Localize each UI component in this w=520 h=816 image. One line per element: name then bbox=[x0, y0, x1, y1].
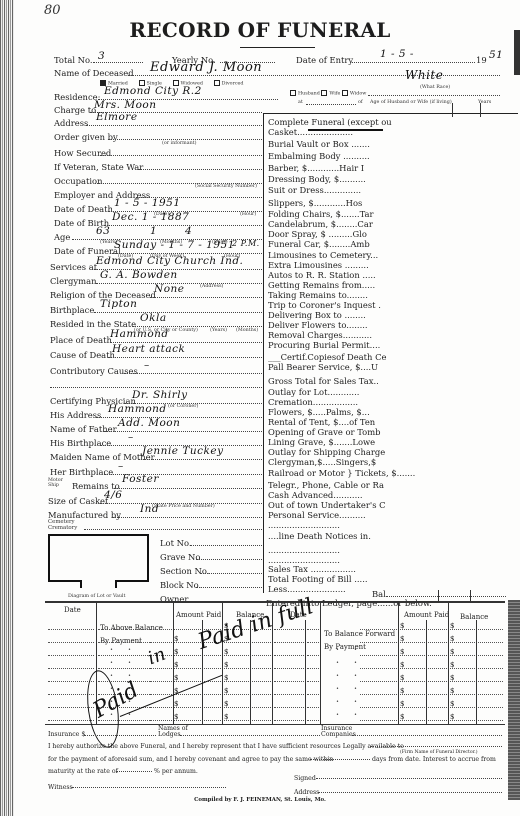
witness-field[interactable] bbox=[72, 782, 226, 788]
checkbox-wife[interactable] bbox=[321, 90, 327, 96]
remains-prefix: Motor Ship bbox=[48, 478, 63, 488]
residence-value: Edmond City R.2 bbox=[104, 85, 202, 97]
dollar-sign: $ bbox=[450, 674, 454, 682]
place-of-death-value: Hammond bbox=[110, 328, 169, 340]
ledger-col-rule bbox=[476, 620, 477, 724]
place-of-death-label: Place of Death bbox=[50, 335, 112, 345]
ledger-cell[interactable] bbox=[274, 672, 304, 682]
lot-diagram-edge bbox=[115, 580, 117, 588]
section-no-field[interactable] bbox=[200, 566, 262, 574]
dollar-sign: $ bbox=[400, 635, 404, 643]
his-address-label: His Address bbox=[50, 410, 101, 420]
ledger-cell[interactable] bbox=[307, 672, 319, 682]
grave-no-field[interactable] bbox=[196, 552, 262, 560]
ledger-cell[interactable] bbox=[48, 646, 94, 656]
dollar-sign: $ bbox=[450, 661, 454, 669]
resided-caption-months: (Months) bbox=[236, 328, 258, 333]
ledger-cell[interactable] bbox=[307, 659, 319, 669]
ledger-cell[interactable] bbox=[307, 620, 319, 630]
order-given-by-caption: (or informant) bbox=[162, 141, 196, 146]
ledger-bullet: • bbox=[128, 660, 131, 666]
cemetery-label: Cemetery Crematory bbox=[48, 520, 77, 531]
funeral-director-caption: (Firm Name of Funeral Director.) bbox=[400, 750, 478, 755]
casket-caption: (State Price and Number) bbox=[152, 504, 215, 509]
dollar-sign: $ bbox=[450, 687, 454, 695]
checkbox-husband[interactable] bbox=[290, 90, 296, 96]
date-of-funeral-hour: 2 P.M. bbox=[232, 239, 260, 248]
charge-line-item[interactable]: ....line Death Notices in. bbox=[268, 531, 516, 541]
ledger-cell[interactable] bbox=[204, 685, 221, 695]
dollar-sign: $ bbox=[224, 687, 228, 695]
ledger-col-rule bbox=[320, 603, 321, 724]
date-of-entry-label: Date of Entry bbox=[296, 55, 353, 65]
ledger-bullet: • bbox=[336, 686, 339, 692]
remains-value: Foster bbox=[122, 473, 159, 485]
dollar-sign: $ bbox=[400, 700, 404, 708]
ledger-top-rule bbox=[45, 601, 505, 603]
services-at-label: Services at bbox=[50, 262, 97, 272]
lot-diagram-edge bbox=[80, 580, 82, 588]
dollar-sign: $ bbox=[400, 713, 404, 721]
mother-value: Jennie Tuckey bbox=[142, 445, 224, 457]
authorization-line-2-end: days from date. Interest to accrue from bbox=[372, 756, 496, 763]
dollar-sign: $ bbox=[174, 648, 178, 656]
address-value: Elmore bbox=[96, 111, 138, 123]
charge-line-item[interactable]: Flowers, $.....Palms, $... bbox=[268, 407, 516, 417]
page-title: RECORD OF FUNERAL bbox=[0, 18, 520, 42]
charge-line-item[interactable]: Barber, $............Hair I bbox=[268, 163, 516, 173]
charge-line-item[interactable]: Door Spray, $ .........Glo bbox=[268, 229, 516, 239]
ledger-bullet: • bbox=[110, 660, 113, 666]
ledger-cell[interactable] bbox=[360, 646, 397, 656]
address-label: Address bbox=[54, 118, 88, 128]
spouse-of: of bbox=[358, 100, 363, 105]
ledger-cell[interactable] bbox=[428, 633, 447, 643]
charge-line-item[interactable]: Clergyman,$.....Singers,$ bbox=[268, 457, 516, 467]
witness-label: Witness bbox=[48, 784, 73, 791]
charge-line-item[interactable]: Sales Tax ................. bbox=[268, 564, 516, 574]
charge-line-item[interactable]: Lining Grave, $.......Lowe bbox=[268, 437, 516, 447]
father-value: Add. Moon bbox=[118, 417, 180, 429]
charge-line-item[interactable]: Embalming Body .......... bbox=[268, 151, 516, 161]
ledger-cell[interactable] bbox=[252, 711, 271, 721]
ledger-cell[interactable] bbox=[428, 620, 447, 630]
ledger-bullet: • bbox=[354, 660, 357, 666]
his-birthplace-value: – bbox=[128, 431, 134, 443]
charge-line-item[interactable]: Getting Remains from..... bbox=[268, 280, 516, 290]
page-number: 80 bbox=[44, 3, 61, 18]
date-of-funeral-value: Sunday - 1 - 7 - 1951 bbox=[114, 239, 235, 251]
ledger-bullet: • bbox=[336, 647, 339, 653]
spouse-age-caption: Age of Husband or Wife (if living) bbox=[370, 100, 452, 105]
ledger-cell[interactable] bbox=[360, 620, 397, 630]
ledger-cell[interactable] bbox=[252, 659, 271, 669]
charge-line-item[interactable]: Candelabrum, $........Car bbox=[268, 219, 516, 229]
date-of-death-label: Date of Death bbox=[54, 204, 113, 214]
funeral-director-field[interactable] bbox=[370, 741, 502, 747]
lot-diagram-edge bbox=[48, 580, 82, 582]
charge-line-item[interactable]: Folding Chairs, $.......Tar bbox=[268, 209, 516, 219]
authorization-line-2: for the payment of aforesaid sum, and I … bbox=[48, 756, 333, 763]
dollar-sign: $ bbox=[400, 674, 404, 682]
ledger-cell[interactable] bbox=[360, 698, 397, 708]
column-rule bbox=[452, 103, 453, 117]
manufactured-field[interactable] bbox=[112, 510, 262, 518]
dollar-sign: $ bbox=[224, 661, 228, 669]
ledger-bullet: • bbox=[354, 686, 357, 692]
charge-line-item[interactable]: Burial Vault or Box ....... bbox=[268, 139, 516, 149]
age-months: 1 bbox=[150, 225, 157, 237]
date-of-birth-value: Dec. 1 - 1887 bbox=[112, 211, 189, 223]
ledger-cell[interactable] bbox=[274, 633, 304, 643]
veteran-field[interactable] bbox=[138, 162, 262, 170]
year-value: 51 bbox=[489, 49, 503, 61]
ledger-cell[interactable] bbox=[48, 633, 94, 643]
days-field[interactable] bbox=[310, 754, 370, 760]
ledger-cell[interactable] bbox=[360, 685, 397, 695]
insurance-field[interactable] bbox=[84, 730, 156, 736]
ledger-cell[interactable] bbox=[360, 633, 397, 643]
compiled-by: Compiled by F. J. FEINEMAN, St. Louis, M… bbox=[0, 797, 520, 803]
scan-binding-edge bbox=[0, 0, 14, 816]
age-days: 4 bbox=[185, 225, 192, 237]
dollar-sign: $ bbox=[174, 635, 178, 643]
charge-line-item[interactable]: Removal Charges........... bbox=[268, 330, 516, 340]
ledger-cell[interactable] bbox=[428, 698, 447, 708]
ledger-cell[interactable] bbox=[274, 685, 304, 695]
ledger-col-rule bbox=[426, 620, 427, 724]
charge-line-item[interactable]: Autos to R. R. Station ..... bbox=[268, 270, 516, 280]
dollar-sign: $ bbox=[400, 648, 404, 656]
ledger-cell[interactable] bbox=[478, 633, 503, 643]
name-of-deceased-value: Edward J. Moon bbox=[150, 60, 262, 75]
charge-line-item[interactable]: Suit or Dress.............. bbox=[268, 185, 516, 195]
ledger-cell[interactable] bbox=[307, 646, 319, 656]
charge-line-item[interactable]: Pall Bearer Service, $....U bbox=[268, 362, 516, 372]
block-no-field[interactable] bbox=[196, 580, 262, 588]
ledger-bullet: • bbox=[336, 660, 339, 666]
clergyman-value: G. A. Bowden bbox=[100, 269, 178, 281]
charge-line-item[interactable]: Limousines to Cemetery... bbox=[268, 250, 516, 260]
dollar-sign: $ bbox=[174, 661, 178, 669]
dollar-sign: $ bbox=[450, 622, 454, 630]
ledger-cell[interactable] bbox=[252, 672, 271, 682]
ledger-cell[interactable] bbox=[252, 698, 271, 708]
ledger-bullet: • bbox=[110, 647, 113, 653]
signed-field[interactable] bbox=[316, 773, 502, 779]
religion-value: None bbox=[154, 283, 185, 295]
clergyman-label: Clergyman bbox=[50, 276, 96, 286]
ledger-left-amount-header: Amount Paid bbox=[176, 611, 221, 619]
race-value: White bbox=[405, 68, 443, 82]
ledger-cell[interactable] bbox=[274, 646, 304, 656]
ledger-cell[interactable] bbox=[307, 711, 319, 721]
ledger-bullet: • bbox=[354, 673, 357, 679]
ledger-bullet: • bbox=[354, 647, 357, 653]
ledger-cell[interactable] bbox=[478, 672, 503, 682]
dollar-sign: $ bbox=[174, 674, 178, 682]
ledger-bullet: • bbox=[128, 647, 131, 653]
occupation-field[interactable] bbox=[95, 176, 262, 184]
ledger-bullet: • bbox=[336, 673, 339, 679]
cemetery-field[interactable] bbox=[84, 522, 262, 530]
ledger-cell[interactable] bbox=[204, 711, 221, 721]
casket-field[interactable] bbox=[100, 496, 262, 504]
birthplace-value: Tipton bbox=[100, 298, 137, 310]
dollar-sign: $ bbox=[224, 700, 228, 708]
ledger-cell[interactable] bbox=[150, 685, 172, 695]
charge-line-item[interactable]: Dressing Body, $.......... bbox=[268, 174, 516, 184]
ledger-cell[interactable] bbox=[360, 711, 397, 721]
ledger-cell[interactable] bbox=[274, 659, 304, 669]
signed-label: Signed bbox=[294, 775, 316, 782]
ledger-cell[interactable] bbox=[48, 672, 94, 682]
cause-of-death-value: Heart attack bbox=[112, 343, 185, 355]
dollar-sign: $ bbox=[174, 713, 178, 721]
charges-box-border bbox=[263, 113, 264, 593]
ledger-cell[interactable] bbox=[48, 620, 94, 630]
charge-to-value: Mrs. Moon bbox=[94, 99, 157, 111]
ledger-cell[interactable] bbox=[307, 633, 319, 643]
date-of-death-value: 1 - 5 - 1951 bbox=[114, 197, 181, 209]
title-rule bbox=[240, 47, 315, 48]
ledger-bullet: • bbox=[354, 712, 357, 718]
balance-field[interactable] bbox=[386, 589, 506, 597]
charge-line-item[interactable]: Cash Advanced........... bbox=[268, 490, 516, 500]
lot-diagram-box bbox=[48, 534, 149, 582]
authorization-line-3-end: % per annum. bbox=[154, 768, 198, 775]
scan-edge-mark bbox=[508, 600, 520, 800]
charge-line-item[interactable]: Rental of Tent, $....of Ten bbox=[268, 417, 516, 427]
ledger-cell[interactable] bbox=[360, 672, 397, 682]
ledger-cell[interactable] bbox=[428, 659, 447, 669]
contributory-field-2[interactable] bbox=[50, 380, 262, 388]
ledger-bullet: • bbox=[110, 673, 113, 679]
dollar-sign: $ bbox=[450, 635, 454, 643]
dollar-sign: $ bbox=[450, 700, 454, 708]
dollar-sign: $ bbox=[450, 713, 454, 721]
lot-no-field[interactable] bbox=[190, 538, 262, 546]
companies-field[interactable] bbox=[352, 730, 502, 736]
ledger-cell[interactable] bbox=[48, 711, 94, 721]
ledger-cell[interactable] bbox=[360, 659, 397, 669]
ledger-cell[interactable] bbox=[150, 620, 172, 630]
charge-line-item[interactable]: Gross Total for Sales Tax.. bbox=[268, 376, 516, 386]
ledger-col-rule bbox=[305, 620, 306, 724]
lot-diagram-caption: Diagram of Lot or Vault bbox=[68, 594, 125, 599]
charge-line-item[interactable]: Outlay for Shipping Charge bbox=[268, 447, 516, 457]
resided-value: Okla bbox=[140, 312, 167, 324]
dollar-sign: $ bbox=[450, 648, 454, 656]
charges-header: Complete Funeral (except ou bbox=[268, 117, 516, 127]
lot-diagram-edge bbox=[115, 580, 149, 582]
checkbox-divorced[interactable] bbox=[214, 80, 220, 86]
checkbox-widow[interactable] bbox=[342, 90, 348, 96]
charge-line-item[interactable]: Telegr., Phone, Cable or Ra bbox=[268, 480, 516, 490]
authorization-line-3: maturity at the rate of bbox=[48, 768, 118, 775]
physician-value: Dr. Shirly bbox=[132, 389, 188, 401]
ledger-cell[interactable] bbox=[428, 672, 447, 682]
charge-line-item[interactable]: Out of town Undertaker's C bbox=[268, 500, 516, 510]
resided-caption-years: (Years) bbox=[210, 328, 227, 333]
birthplace-label: Birthplace bbox=[50, 305, 94, 315]
charge-line-item[interactable]: Total Footing of Bill ..... bbox=[268, 574, 516, 584]
charge-line-item[interactable]: Deliver Flowers to........ bbox=[268, 320, 516, 330]
dollar-sign: $ bbox=[400, 687, 404, 695]
ledger-cell[interactable] bbox=[204, 698, 221, 708]
charge-line-item[interactable]: Opening of Grave or Tomb bbox=[268, 427, 516, 437]
lodges-field[interactable] bbox=[180, 730, 320, 736]
spouse-name-field[interactable] bbox=[368, 88, 500, 96]
date-of-entry-value: 1 - 5 - bbox=[380, 48, 414, 60]
hour-caption: (Hour) bbox=[240, 212, 256, 217]
spouse-at: at bbox=[298, 100, 303, 105]
dollar-sign: $ bbox=[400, 622, 404, 630]
ledger-col-rule bbox=[398, 603, 399, 724]
ledger-cell[interactable] bbox=[307, 698, 319, 708]
ledger-left-date-header: Date bbox=[64, 606, 81, 614]
order-given-by-field[interactable] bbox=[108, 132, 262, 140]
his-address-value: Hammond bbox=[108, 403, 167, 415]
spouse-at-field[interactable] bbox=[306, 97, 356, 105]
age-years: 63 bbox=[96, 225, 110, 237]
charge-line-item[interactable]: Slippers, $............Hos bbox=[268, 198, 516, 208]
manufactured-value: Ind bbox=[140, 503, 159, 515]
ledger-bullet: • bbox=[354, 699, 357, 705]
age-label: Age bbox=[54, 232, 70, 242]
ledger-cell[interactable] bbox=[478, 685, 503, 695]
dollar-sign: $ bbox=[224, 674, 228, 682]
ledger-cell[interactable] bbox=[478, 698, 503, 708]
charge-line-item[interactable]: Taking Remains to........ bbox=[268, 290, 516, 300]
charge-line-item[interactable]: Personal Service.......... bbox=[268, 510, 516, 520]
ledger-bullet: • bbox=[336, 712, 339, 718]
ledger-cell[interactable] bbox=[204, 659, 221, 669]
total-no-label: Total No. bbox=[54, 55, 93, 65]
services-at-value: Edmond City Church Ind. bbox=[96, 255, 243, 267]
interest-rate-field[interactable] bbox=[116, 766, 152, 772]
ledger-cell[interactable] bbox=[48, 659, 94, 669]
charge-line-item[interactable]: ........................... bbox=[268, 520, 516, 530]
ledger-cell[interactable] bbox=[252, 685, 271, 695]
charge-line-item[interactable]: Extra Limousines ......... bbox=[268, 260, 516, 270]
ssn-caption: (Social Security Number) bbox=[195, 184, 257, 189]
casket-value: 4/6 bbox=[104, 489, 122, 501]
companies-label: Insurance Companies bbox=[321, 726, 356, 738]
charge-line-item[interactable]: ........................... bbox=[268, 545, 516, 555]
clergyman-caption: (Address) bbox=[200, 284, 223, 289]
ledger-cell[interactable] bbox=[428, 685, 447, 695]
ledger-cell[interactable] bbox=[478, 711, 503, 721]
charge-line-item[interactable]: Trip to Coroner's Inquest . bbox=[268, 300, 516, 310]
charge-line-item[interactable]: ___Certif.Copiesof Death Ce bbox=[268, 352, 516, 362]
lot-no-label: Lot No. bbox=[160, 538, 192, 548]
her-birthplace-value: – bbox=[118, 460, 124, 472]
total-no-value: 3 bbox=[98, 50, 105, 62]
ledger-cell[interactable] bbox=[307, 685, 319, 695]
how-secured-field[interactable] bbox=[100, 148, 262, 156]
physician-caption: (or Coroner) bbox=[168, 404, 198, 409]
ledger-cell[interactable] bbox=[274, 698, 304, 708]
ledger-col-rule bbox=[448, 603, 449, 724]
dollar-sign: $ bbox=[400, 661, 404, 669]
year-prefix: 19 bbox=[476, 55, 487, 65]
charge-line-item[interactable]: Casket..................... bbox=[268, 127, 516, 137]
ledger-cell[interactable] bbox=[478, 659, 503, 669]
charge-line-item[interactable]: Cremation................. bbox=[268, 397, 516, 407]
spouse-options: Husband Wife Widow bbox=[290, 90, 366, 97]
charge-line-item[interactable]: Procuring Burial Permit.... bbox=[268, 340, 516, 350]
ledger-bullet: • bbox=[336, 699, 339, 705]
ledger-cell[interactable] bbox=[428, 711, 447, 721]
dollar-sign: $ bbox=[224, 713, 228, 721]
ledger-cell[interactable] bbox=[252, 646, 271, 656]
ledger-cell[interactable] bbox=[478, 620, 503, 630]
name-of-deceased-label: Name of Deceased bbox=[54, 68, 134, 78]
charge-line-item[interactable]: Funeral Car, $........Amb bbox=[268, 239, 516, 249]
authorization-line-1: I hereby authorize the above Funeral, an… bbox=[48, 743, 404, 750]
charge-line-item[interactable]: Delivering Box to ........ bbox=[268, 310, 516, 320]
ledger-cell[interactable] bbox=[478, 646, 503, 656]
dollar-sign: $ bbox=[174, 700, 178, 708]
ledger-cell[interactable] bbox=[150, 711, 172, 721]
ledger-cell[interactable] bbox=[274, 711, 304, 721]
ledger-cell[interactable] bbox=[150, 633, 172, 643]
dollar-sign: $ bbox=[224, 648, 228, 656]
contributory-value: – bbox=[144, 359, 150, 371]
footer-address-field[interactable] bbox=[318, 787, 502, 793]
insurance-label: Insurance $ bbox=[48, 731, 85, 738]
column-rule bbox=[480, 103, 481, 117]
charge-line-item[interactable]: Railroad or Motor } Tickets, $....... bbox=[268, 468, 516, 478]
ledger-right-amount-header: Amount Paid bbox=[404, 611, 449, 619]
ledger-cell[interactable] bbox=[174, 620, 201, 630]
ledger-cell[interactable] bbox=[428, 646, 447, 656]
address-label-footer: Address bbox=[294, 789, 319, 796]
ledger-cell[interactable] bbox=[150, 672, 172, 682]
cause-of-death-label: Cause of Death bbox=[50, 350, 115, 360]
veteran-label: If Veteran, State War bbox=[54, 162, 143, 172]
charge-line-item[interactable]: Outlay for Lot............ bbox=[268, 387, 516, 397]
